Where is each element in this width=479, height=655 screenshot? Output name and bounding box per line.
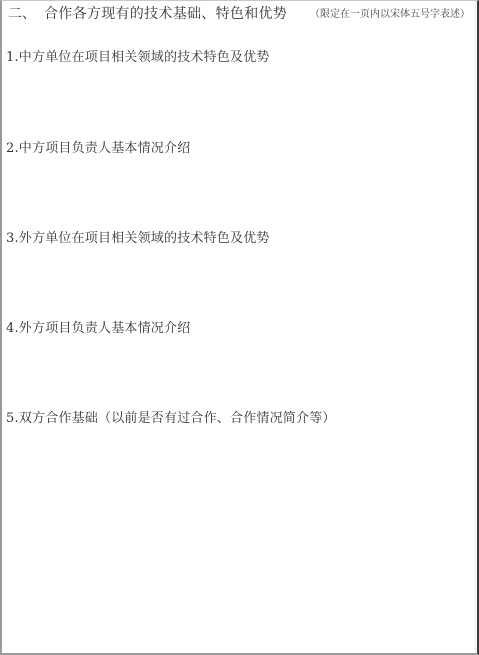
content-cooperation-basis[interactable] xyxy=(6,431,466,646)
item-foreign-leader-intro: 4.外方项目负责人基本情况介绍 xyxy=(6,320,190,338)
section-note: （限定在一页内以宋体五号字表述） xyxy=(310,7,470,23)
content-chinese-unit-strengths[interactable] xyxy=(6,70,466,136)
section-title: 合作各方现有的技术基础、特色和优势 xyxy=(44,5,287,23)
frame-edge xyxy=(475,1,476,653)
item-cooperation-basis: 5.双方合作基础（以前是否有过合作、合作情况简介等） xyxy=(6,410,336,428)
item-foreign-unit-strengths: 3.外方单位在项目相关领域的技术特色及优势 xyxy=(6,230,270,248)
item-chinese-unit-strengths: 1.中方单位在项目相关领域的技术特色及优势 xyxy=(6,49,270,67)
content-foreign-unit-strengths[interactable] xyxy=(6,251,466,316)
content-foreign-leader-intro[interactable] xyxy=(6,341,466,406)
content-chinese-leader-intro[interactable] xyxy=(6,161,466,226)
section-header: 二、 合作各方现有的技术基础、特色和优势 （限定在一页内以宋体五号字表述） xyxy=(8,5,470,25)
section-number: 二、 xyxy=(8,5,36,23)
item-chinese-leader-intro: 2.中方项目负责人基本情况介绍 xyxy=(6,140,190,158)
